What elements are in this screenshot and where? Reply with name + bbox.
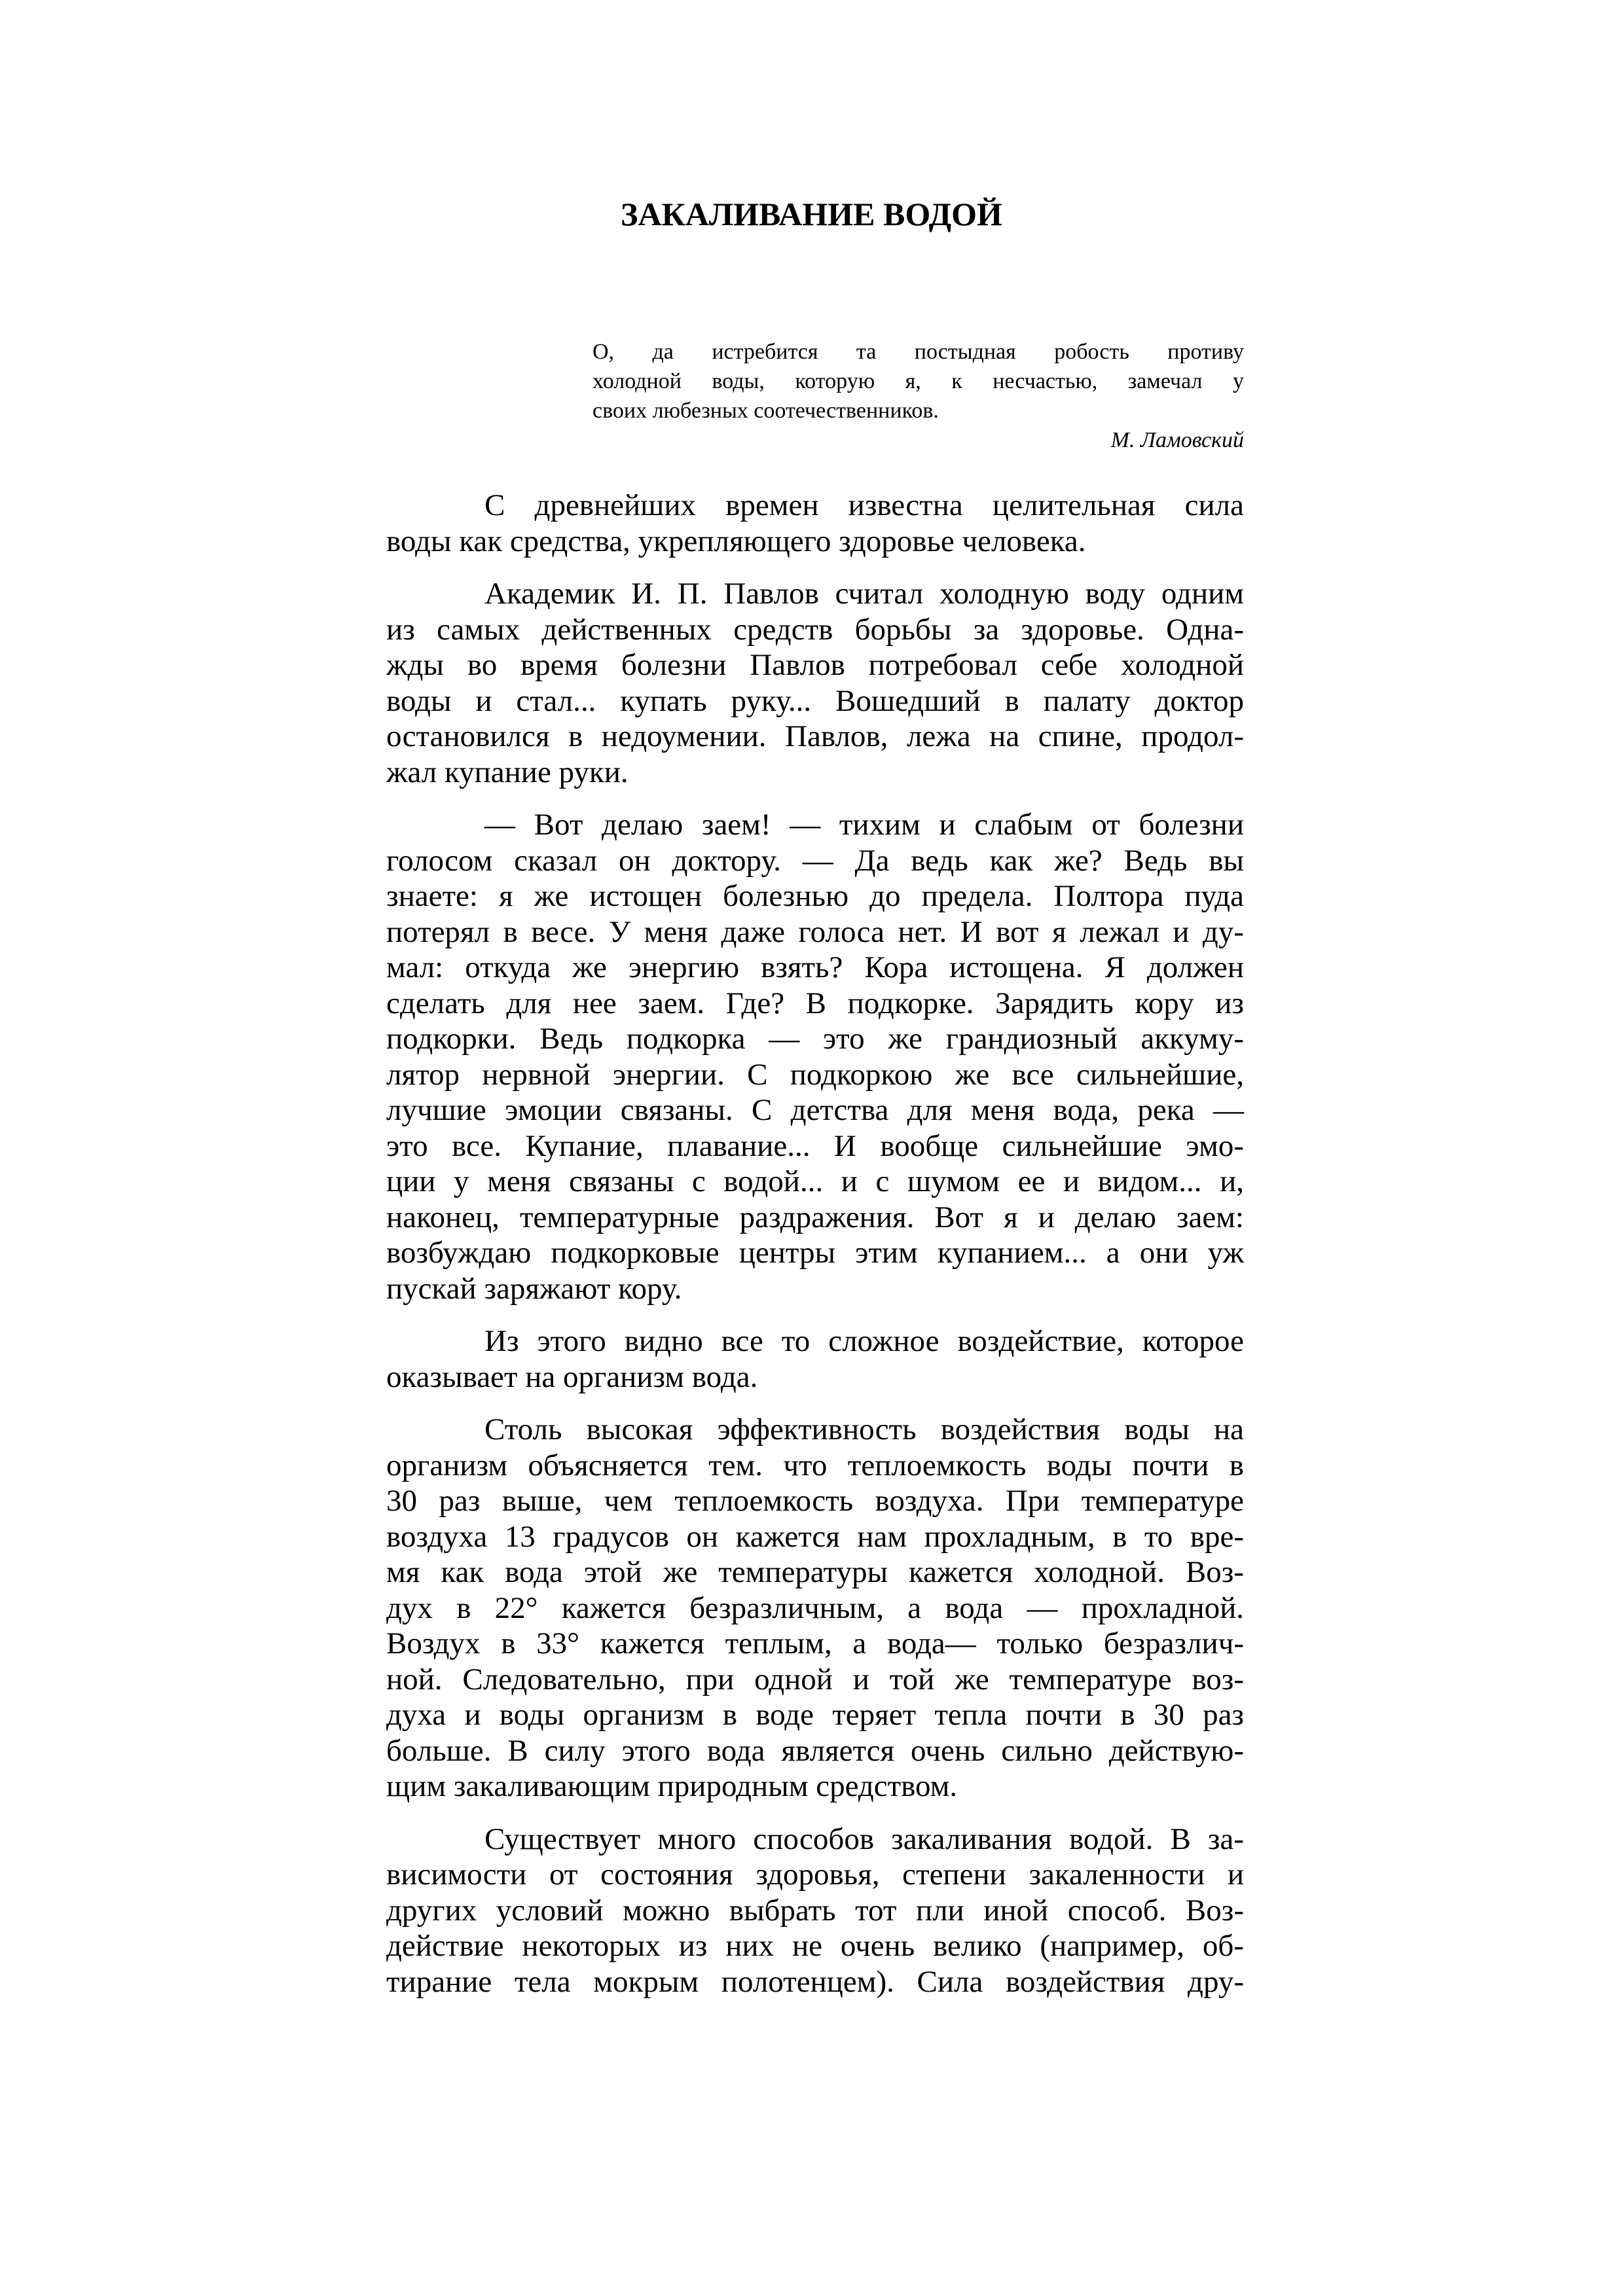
paragraph: Столь высокая эффективность воздействия …	[386, 1412, 1244, 1804]
text-line: 30 раз выше, чем теплоемкость воздуха. П…	[386, 1483, 1244, 1519]
text-line: тирание тела мокрым полотенцем). Сила во…	[386, 1964, 1244, 2000]
epigraph: О, да истребится та постыдная робость пр…	[593, 337, 1244, 455]
text-line: воды как средства, укрепляющего здоровье…	[386, 524, 1244, 560]
text-line: из самых действенных средств борьбы за з…	[386, 612, 1244, 648]
paragraph: Существует много способов закаливания во…	[386, 1821, 1244, 2000]
text-line: наконец, температурные раздражения. Вот …	[386, 1200, 1244, 1236]
text-line: это все. Купание, плавание... И вообще с…	[386, 1128, 1244, 1164]
paragraph: С древнейших времен известна целительная…	[386, 488, 1244, 559]
text-line: Воздух в 33° кажется теплым, а вода— тол…	[386, 1626, 1244, 1662]
text-line: голосом сказал он доктору. — Да ведь как…	[386, 843, 1244, 879]
text-line: организм объясняется тем. что теплоемкос…	[386, 1448, 1244, 1484]
paragraph: — Вот делаю заем! — тихим и слабым от бо…	[386, 807, 1244, 1306]
text-line: других условий можно выбрать тот пли ино…	[386, 1893, 1244, 1929]
epigraph-text: О, да истребится та постыдная робость пр…	[593, 337, 1244, 425]
text-line: потерял в весе. У меня даже голоса нет. …	[386, 914, 1244, 950]
epigraph-line: О, да истребится та постыдная робость пр…	[593, 337, 1244, 367]
text-line: жды во время болезни Павлов потребовал с…	[386, 647, 1244, 683]
text-line: воздуха 13 градусов он кажется нам прохл…	[386, 1519, 1244, 1555]
text-line: жал купание руки.	[386, 755, 1244, 791]
epigraph-line: своих любезных соотечественников.	[593, 396, 1244, 425]
text-line: больше. В силу этого вода является очень…	[386, 1733, 1244, 1769]
epigraph-author: М. Ламовский	[593, 425, 1244, 455]
text-line: мал: откуда же энергию взять? Кора истощ…	[386, 950, 1244, 986]
page-title: ЗАКАЛИВАНИЕ ВОДОЙ	[0, 195, 1623, 233]
text-line: ции у меня связаны с водой... и с шумом …	[386, 1164, 1244, 1200]
paragraph: Из этого видно все то сложное воздействи…	[386, 1323, 1244, 1395]
text-line: лятор нервной энергии. С подкоркою же вс…	[386, 1057, 1244, 1093]
body-text: С древнейших времен известна целительная…	[386, 488, 1244, 2017]
text-line: дух в 22° кажется безразличным, а вода —…	[386, 1590, 1244, 1626]
paragraph: Академик И. П. Павлов считал холодную во…	[386, 576, 1244, 790]
epigraph-line: холодной воды, которую я, к несчастью, з…	[593, 367, 1244, 396]
text-line: ной. Следовательно, при одной и той же т…	[386, 1662, 1244, 1698]
text-line: действие некоторых из них не очень велик…	[386, 1928, 1244, 1964]
text-line: подкорки. Ведь подкорка — это же грандио…	[386, 1021, 1244, 1057]
text-line: мя как вода этой же температуры кажется …	[386, 1554, 1244, 1590]
text-line: пускай заряжают кору.	[386, 1271, 1244, 1307]
text-line: С древнейших времен известна целительная…	[386, 488, 1244, 524]
text-line: оказывает на организм вода.	[386, 1359, 1244, 1395]
text-line: Столь высокая эффективность воздействия …	[386, 1412, 1244, 1448]
text-line: возбуждаю подкорковые центры этим купани…	[386, 1235, 1244, 1271]
text-line: знаете: я же истощен болезнью до предела…	[386, 878, 1244, 914]
text-line: — Вот делаю заем! — тихим и слабым от бо…	[386, 807, 1244, 843]
text-line: Академик И. П. Павлов считал холодную во…	[386, 576, 1244, 612]
text-line: остановился в недоумении. Павлов, лежа н…	[386, 719, 1244, 755]
text-line: лучшие эмоции связаны. С детства для мен…	[386, 1092, 1244, 1128]
text-line: щим закаливающим природным средством.	[386, 1768, 1244, 1804]
text-line: воды и стал... купать руку... Вошедший в…	[386, 683, 1244, 719]
text-line: висимости от состояния здоровья, степени…	[386, 1857, 1244, 1893]
text-line: Из этого видно все то сложное воздействи…	[386, 1323, 1244, 1359]
text-line: духа и воды организм в воде теряет тепла…	[386, 1697, 1244, 1733]
text-line: сделать для нее заем. Где? В подкорке. З…	[386, 986, 1244, 1022]
text-line: Существует много способов закаливания во…	[386, 1821, 1244, 1857]
